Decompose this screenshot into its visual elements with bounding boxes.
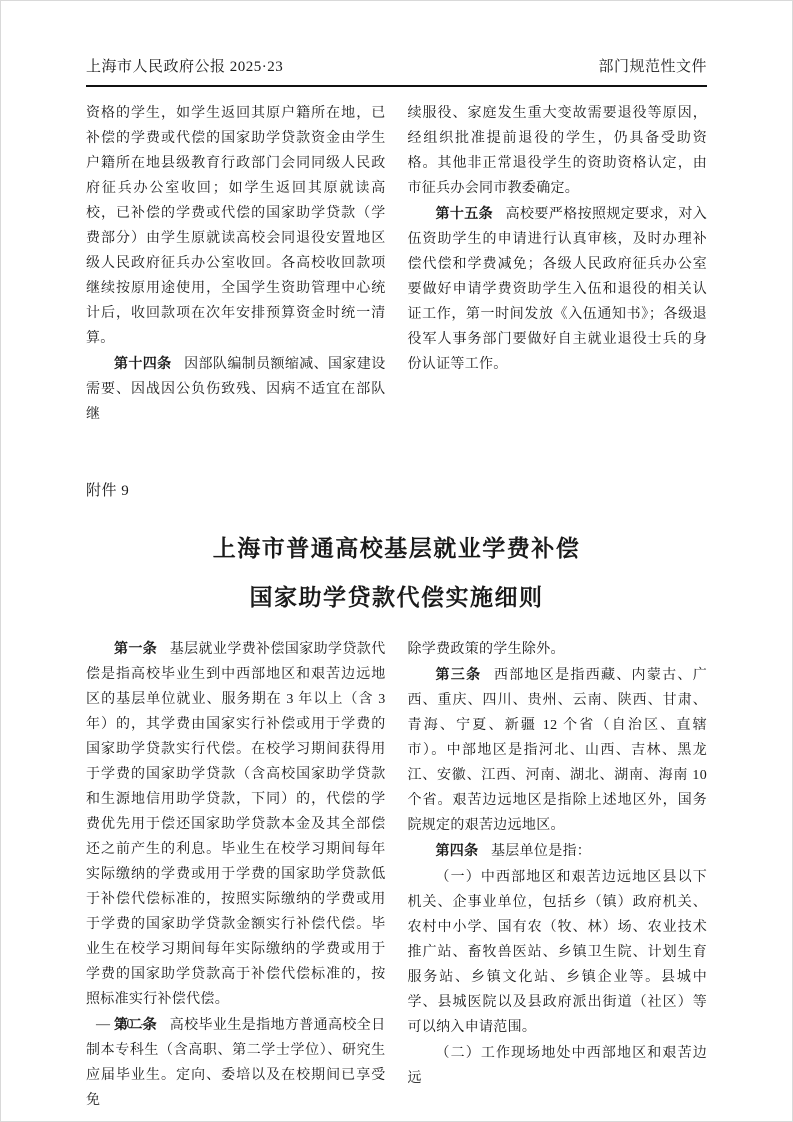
page-number: — 20 — [96,1017,157,1033]
article-lead: 第一条 [114,640,157,656]
paragraph-text: （一）中西部地区和艰苦边远地区县以下机关、企事业单位，包括乡（镇）政府机关、农村… [408,870,708,1035]
gazette-title: 上海市人民政府公报 2025·23 [86,55,283,76]
body-right-column: 除学费政策的学生除外。 第三条西部地区是指西藏、内蒙古、广西、重庆、四川、贵州、… [408,636,708,1113]
paragraph: （一）中西部地区和艰苦边远地区县以下机关、企事业单位，包括乡（镇）政府机关、农村… [408,864,708,1040]
article-lead: 第三条 [436,666,482,682]
paragraph: 资格的学生，如学生返回其原户籍所在地，已补偿的学费或代偿的国家助学贷款资金由学生… [86,100,386,351]
paragraph-text: 资格的学生，如学生返回其原户籍所在地，已补偿的学费或代偿的国家助学贷款资金由学生… [86,106,386,346]
paragraph-text: 基层单位是指： [491,844,591,859]
section-body: 第一条基层就业学费补偿国家助学贷款代偿是指高校毕业生到中西部地区和艰苦边远地区的… [86,636,707,1113]
paragraph: 第十四条因部队编制员额缩减、国家建设需要、因战因公负伤致残、因病不适宜在部队继 [86,351,386,427]
article-lead: 第四条 [436,842,479,858]
paragraph: 第四条基层单位是指： [408,838,708,864]
paragraph: 第三条西部地区是指西藏、内蒙古、广西、重庆、四川、贵州、云南、陕西、甘肃、青海、… [408,662,708,838]
document-title-line1: 上海市普通高校基层就业学费补偿 [86,524,707,573]
paragraph-text: （二）工作现场地处中西部地区和艰苦边远 [408,1046,708,1086]
document-category: 部门规范性文件 [598,55,707,76]
paragraph-text: 高校要严格按照规定要求，对入伍资助学生的申请进行认真审核，及时办理补偿代偿和学费… [408,207,708,372]
paragraph: （二）工作现场地处中西部地区和艰苦边远 [408,1040,708,1091]
paragraph: 除学费政策的学生除外。 [408,636,708,662]
header-divider [86,85,707,87]
paragraph-text: 续服役、家庭发生重大变故需要退役等原因，经组织批准提前退役的学生，仍具备受助资格… [408,106,708,196]
document-title-line2: 国家助学贷款代偿实施细则 [86,573,707,622]
paragraph: 第十五条高校要严格按照规定要求，对入伍资助学生的申请进行认真审核，及时办理补偿代… [408,201,708,377]
article-lead: 第十四条 [114,355,172,371]
body-left-column: 第一条基层就业学费补偿国家助学贷款代偿是指高校毕业生到中西部地区和艰苦边远地区的… [86,636,386,1113]
paragraph-text: 除学费政策的学生除外。 [408,642,565,657]
top-left-column: 资格的学生，如学生返回其原户籍所在地，已补偿的学费或代偿的国家助学贷款资金由学生… [86,100,386,427]
paragraph-text: 西部地区是指西藏、内蒙古、广西、重庆、四川、贵州、云南、陕西、甘肃、青海、宁夏、… [408,668,708,833]
top-right-column: 续服役、家庭发生重大变故需要退役等原因，经组织批准提前退役的学生，仍具备受助资格… [408,100,708,427]
paragraph: 第一条基层就业学费补偿国家助学贷款代偿是指高校毕业生到中西部地区和艰苦边远地区的… [86,636,386,1012]
attachment-label: 附件 9 [86,479,707,500]
page-header: 上海市人民政府公报 2025·23 部门规范性文件 [86,55,707,76]
article-lead: 第十五条 [436,205,494,221]
paragraph: 续服役、家庭发生重大变故需要退役等原因，经组织批准提前退役的学生，仍具备受助资格… [408,100,708,201]
gazette-page: 上海市人民政府公报 2025·23 部门规范性文件 资格的学生，如学生返回其原户… [0,0,793,1122]
document-title: 上海市普通高校基层就业学费补偿 国家助学贷款代偿实施细则 [86,524,707,622]
paragraph-text: 基层就业学费补偿国家助学贷款代偿是指高校毕业生到中西部地区和艰苦边远地区的基层单… [86,642,386,1007]
section-top: 资格的学生，如学生返回其原户籍所在地，已补偿的学费或代偿的国家助学贷款资金由学生… [86,100,707,427]
